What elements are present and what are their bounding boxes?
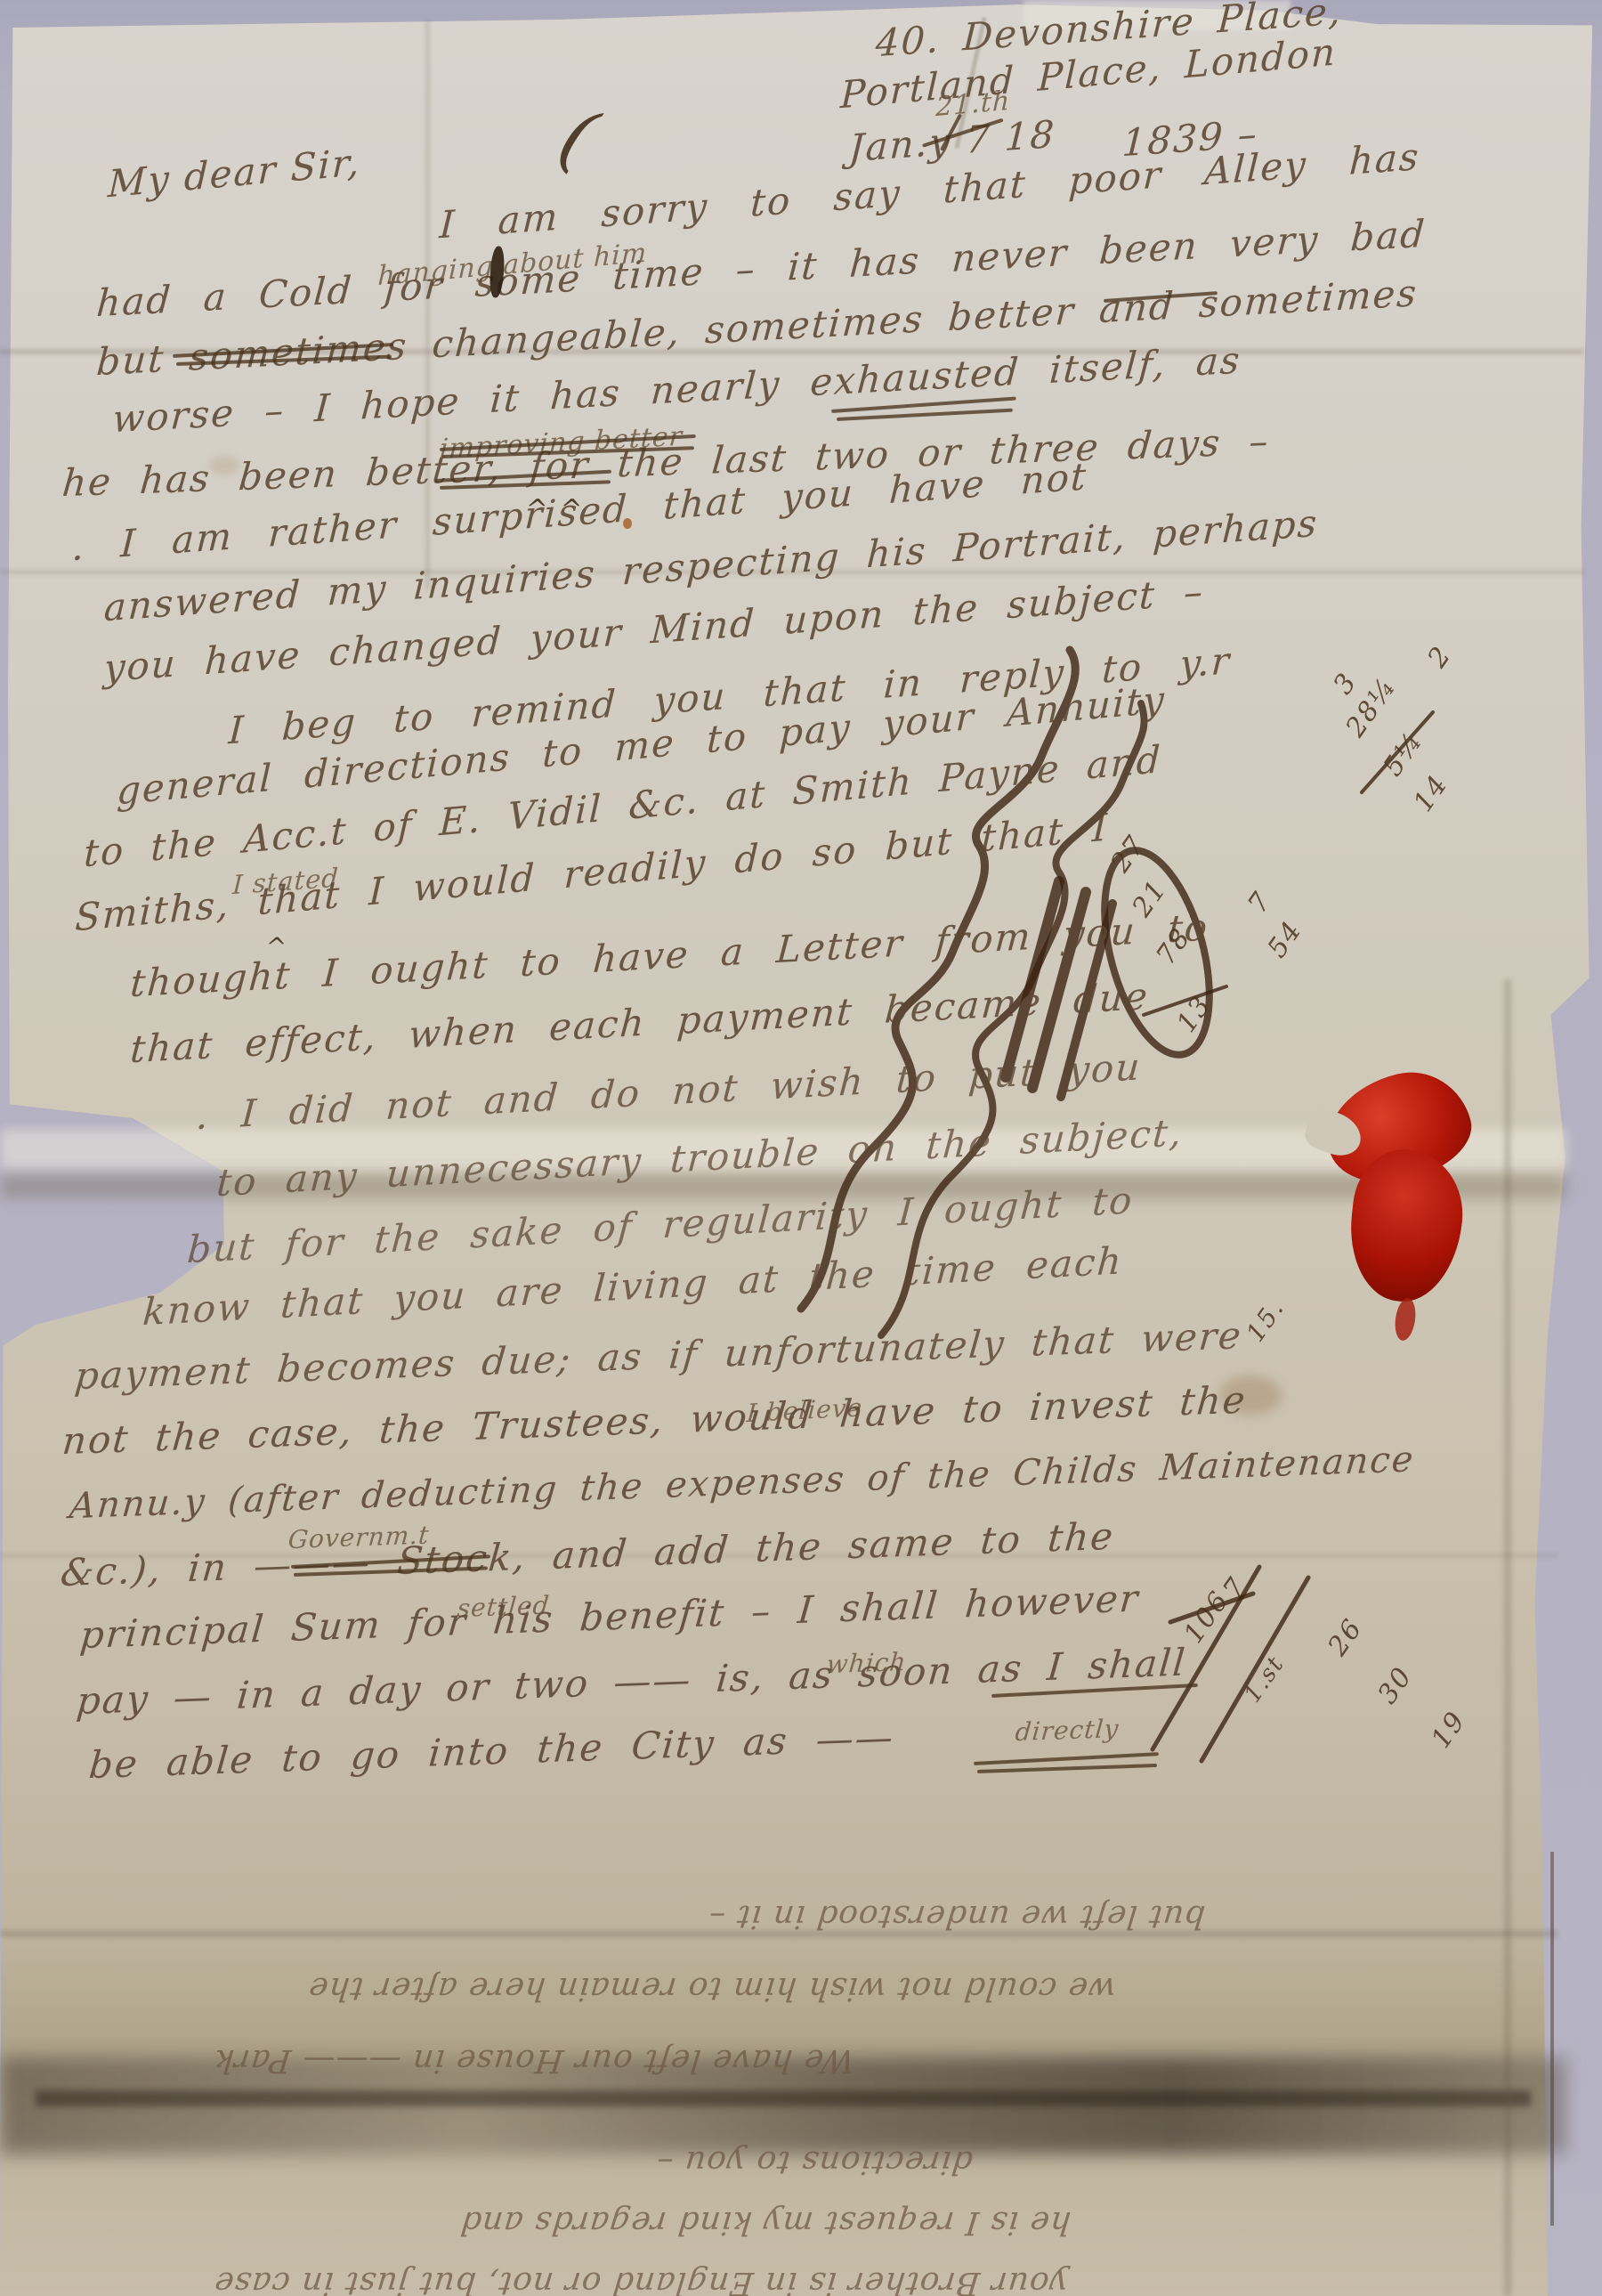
flipped-line: he is I request my kind regards and xyxy=(458,2206,1072,2238)
flipped-line: but left we understood in it – xyxy=(707,1900,1207,1932)
interlined-word: directly xyxy=(1015,1716,1121,1745)
flipped-line: your Brother is in England or not, but j… xyxy=(212,2267,1069,2296)
flipped-line: we could not wish him to remain here aft… xyxy=(306,1972,1117,2004)
flipped-line: directions to you – xyxy=(654,2146,974,2178)
scanned-letter-page: (40. Devonshire Place,Portland Place, Lo… xyxy=(0,0,1602,2296)
page-edge-line xyxy=(1550,1852,1554,2226)
flipped-line: We have left our House in ——— Park xyxy=(212,2044,856,2076)
